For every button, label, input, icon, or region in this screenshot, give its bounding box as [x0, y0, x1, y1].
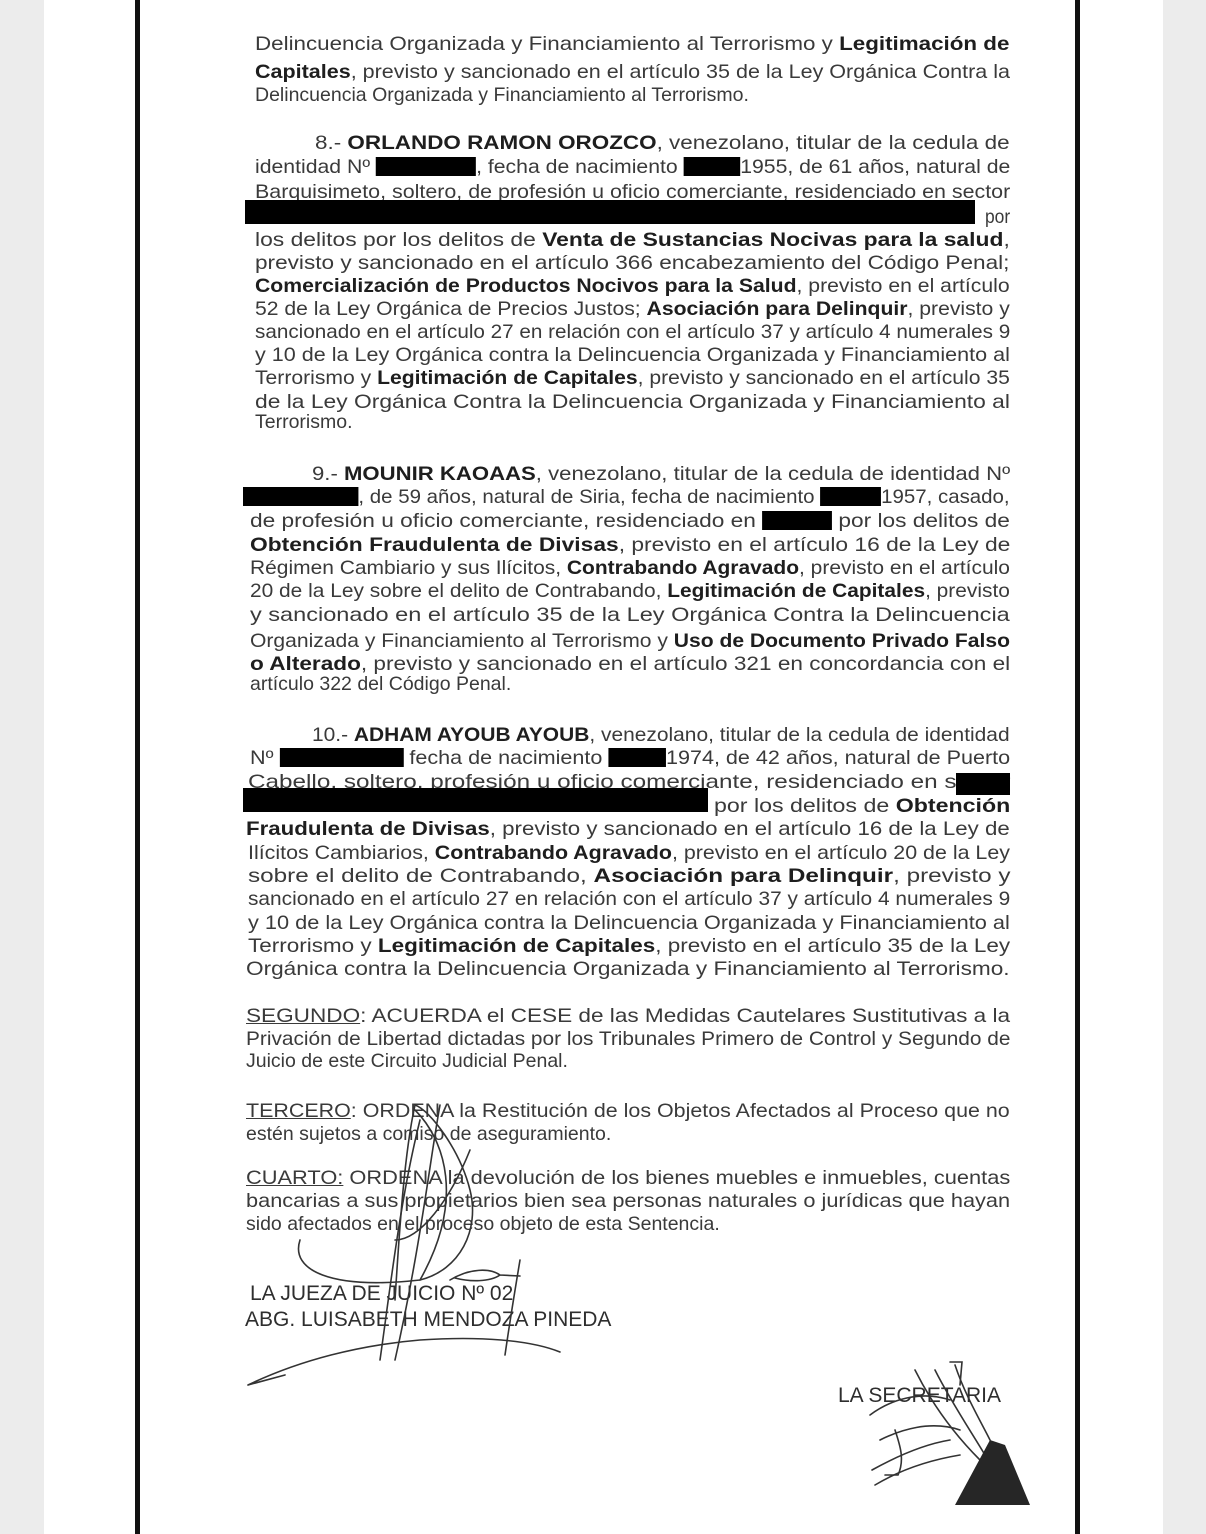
ink-smudge — [955, 1440, 1030, 1505]
scanned-document: Delincuencia Organizada y Financiamiento… — [0, 0, 1206, 1534]
handwritten-signatures — [0, 0, 1206, 1534]
